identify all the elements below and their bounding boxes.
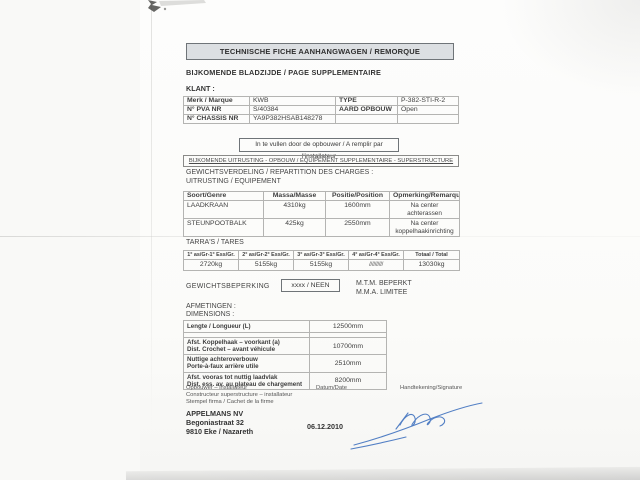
scan-corner-shade — [500, 0, 640, 100]
installer-note-box: In te vullen door de opbouwer / A rempli… — [239, 138, 399, 152]
document-title: TECHNISCHE FICHE AANHANGWAGEN / REMORQUE — [220, 47, 420, 56]
scan-scuff-mark — [144, 0, 224, 16]
field-label: AARD OPBOUW — [336, 106, 398, 115]
column-header: Soort/Genre — [184, 192, 264, 201]
dimension-label-line: Nuttige achteroverbouw — [187, 356, 306, 363]
field-value: Open — [398, 106, 459, 115]
table-header-row: 1° as/Gr-1° Ess/Gr. 2° as/Gr-2° Ess/Gr. … — [184, 251, 460, 260]
axle-weight: 5155kg — [239, 260, 294, 271]
tares-table: 1° as/Gr-1° Ess/Gr. 2° as/Gr-2° Ess/Gr. … — [183, 250, 460, 271]
date-label: Datum/Date — [316, 385, 347, 392]
date-value: 06.12.2010 — [307, 422, 343, 431]
equipment-mass: 425kg — [264, 219, 326, 237]
table-row: 2720kg 5155kg 5155kg ////////// 13030kg — [184, 260, 460, 271]
field-label — [336, 115, 398, 124]
column-header: 2° as/Gr-2° Ess/Gr. — [239, 251, 294, 260]
dimensions-heading-fr: DIMENSIONS : — [186, 311, 234, 318]
field-label: N° PVA NR — [184, 106, 250, 115]
field-value: KWB — [250, 97, 336, 106]
dimension-label: Lengte / Longueur (L) — [184, 321, 310, 333]
section-bar: BIJKOMENDE UITRUSTING - OPBOUW / EQUIPEM… — [183, 155, 459, 167]
field-label: TYPE — [336, 97, 398, 106]
table-row: LAADKRAAN 4310kg 1600mm Na center achter… — [184, 201, 460, 219]
equipment-genre: LAADKRAAN — [184, 201, 264, 219]
dimension-label-line: Afst. vooras tot nuttig laadvlak — [187, 374, 306, 381]
dimension-value: 12500mm — [310, 321, 387, 333]
equipment-remark: Na center koppelhaakinrichting — [390, 219, 460, 237]
company-street: Begoniastraat 32 — [186, 418, 253, 427]
mtm-note-line2: M.M.A. LIMITEE — [356, 289, 407, 296]
dimension-label: Nuttige achteroverbouw Porte-à-faux arri… — [184, 355, 310, 372]
field-value — [398, 115, 459, 124]
dimension-label-line: Dist. Crochet – avant véhicule — [187, 346, 306, 353]
field-value: YA9P382HSAB148278 — [250, 115, 336, 124]
builder-label-line: Opbouwer – installateur — [186, 385, 292, 392]
company-name: APPELMANS NV — [186, 409, 253, 418]
dimensions-table: Lengte / Longueur (L) 12500mm Afst. Kopp… — [183, 320, 387, 390]
table-row: Afst. Koppelhaak – voorkant (a) Dist. Cr… — [184, 338, 387, 355]
field-value: P-382-STI-R-2 — [398, 97, 459, 106]
field-label: N° CHASSIS NR — [184, 115, 250, 124]
table-row: Nuttige achteroverbouw Porte-à-faux arri… — [184, 355, 387, 372]
field-value: S/40384 — [250, 106, 336, 115]
column-header: 4° as/Gr-4° Ess/Gr. — [349, 251, 404, 260]
equipment-position: 2550mm — [326, 219, 390, 237]
equipment-genre: STEUNPOOTBALK — [184, 219, 264, 237]
mtm-note-line1: M.T.M. BEPERKT — [356, 280, 412, 287]
equipment-position: 1600mm — [326, 201, 390, 219]
equipment-remark: Na center achterassen — [390, 201, 460, 219]
company-block: APPELMANS NV Begoniastraat 32 9810 Eke /… — [186, 409, 253, 436]
axle-weight-blank: ////////// — [349, 260, 404, 271]
equipment-mass: 4310kg — [264, 201, 326, 219]
builder-label-line: Stempel firma / Cachet de la firme — [186, 399, 292, 406]
weight-restriction-label: GEWICHTSBEPERKING — [186, 283, 270, 290]
page-subtitle: BIJKOMENDE BLADZIJDE / PAGE SUPPLEMENTAI… — [186, 68, 381, 77]
weights-heading: GEWICHTSVERDELING / REPARTITION DES CHAR… — [186, 169, 373, 176]
builder-label-block: Opbouwer – installateur Constructeur sup… — [186, 385, 292, 406]
client-section-label: KLANT : — [186, 84, 215, 93]
total-weight: 13030kg — [404, 260, 460, 271]
column-header: 1° as/Gr-1° Ess/Gr. — [184, 251, 239, 260]
tares-heading: TARRA'S / TARES — [186, 239, 244, 246]
company-city: 9810 Eke / Nazareth — [186, 427, 253, 436]
builder-label-line: Constructeur superstructure – installate… — [186, 392, 292, 399]
equipment-heading: UITRUSTING / EQUIPEMENT — [186, 178, 281, 185]
column-header: Opmerking/Remarque — [390, 192, 460, 201]
table-row: Lengte / Longueur (L) 12500mm — [184, 321, 387, 333]
dimensions-heading-nl: AFMETINGEN : — [186, 303, 236, 310]
dimension-label-line: Porte-à-faux arrière utile — [187, 363, 306, 370]
client-info-table: Merk / Marque KWB TYPE P-382-STI-R-2 N° … — [183, 96, 459, 124]
field-label: Merk / Marque — [184, 97, 250, 106]
table-row: N° PVA NR S/40384 AARD OPBOUW Open — [184, 106, 459, 115]
document-title-banner: TECHNISCHE FICHE AANHANGWAGEN / REMORQUE — [186, 43, 454, 60]
dimension-value: 2510mm — [310, 355, 387, 372]
column-header: Massa/Masse — [264, 192, 326, 201]
signature-label: Handtekening/Signature — [400, 385, 462, 392]
dimension-label-line: Afst. Koppelhaak – voorkant (a) — [187, 339, 306, 346]
table-row: STEUNPOOTBALK 425kg 2550mm Na center kop… — [184, 219, 460, 237]
signature-scribble — [350, 398, 485, 450]
column-header: Positie/Position — [326, 192, 390, 201]
table-row: N° CHASSIS NR YA9P382HSAB148278 — [184, 115, 459, 124]
axle-weight: 2720kg — [184, 260, 239, 271]
column-header: Totaal / Total — [404, 251, 460, 260]
dimension-value: 10700mm — [310, 338, 387, 355]
dimension-label: Afst. Koppelhaak – voorkant (a) Dist. Cr… — [184, 338, 310, 355]
dimension-label-line: Lengte / Longueur (L) — [187, 323, 306, 330]
paper-left-edge — [151, 6, 152, 426]
equipment-table: Soort/Genre Massa/Masse Positie/Position… — [183, 191, 460, 237]
weight-restriction-value-box: xxxx / NEEN — [281, 279, 340, 292]
column-header: 3° as/Gr-3° Ess/Gr. — [294, 251, 349, 260]
axle-weight: 5155kg — [294, 260, 349, 271]
table-row: Merk / Marque KWB TYPE P-382-STI-R-2 — [184, 97, 459, 106]
table-header-row: Soort/Genre Massa/Masse Positie/Position… — [184, 192, 460, 201]
